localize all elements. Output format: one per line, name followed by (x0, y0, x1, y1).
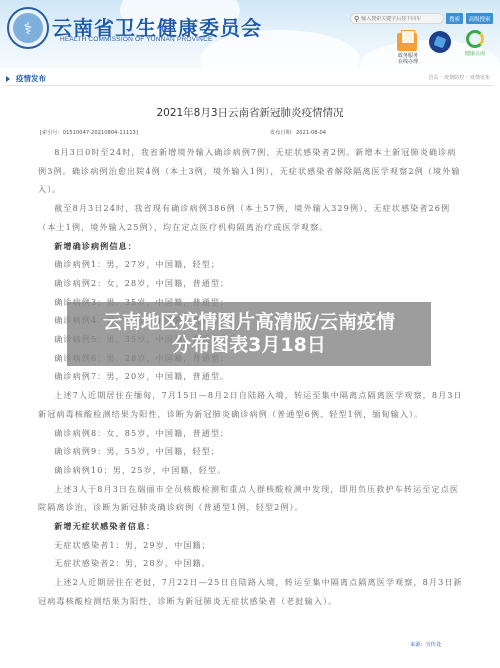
commission-emblem-icon[interactable]: ⚕ (7, 7, 49, 49)
case-item: 确诊病例8：女，85岁，中国籍，普通型； (38, 424, 463, 443)
triangle-right-icon (6, 76, 10, 82)
gov-service-icon[interactable] (397, 33, 417, 51)
section-bar: 疫情发布 首页 - 疫情防控 - 疫情发布 (6, 74, 494, 86)
search-box[interactable]: ⚲ (350, 13, 444, 24)
paragraph: 上述7人近期居住在缅甸，7月15日—8月2日自陆路入境，转运至集中隔离点隔离医学… (38, 386, 463, 423)
healthy-yunnan-label[interactable]: 健康云南 (458, 50, 492, 57)
paragraph: 上述3人于8月3日在瑞丽市全员核酸检测和重点人群核酸检测中发现，即用负压救护车转… (38, 480, 463, 517)
breadcrumb-separator: - (466, 74, 468, 81)
section-title: 疫情发布 (16, 73, 46, 84)
breadcrumb-epidemic-control[interactable]: 疫情防控 (444, 74, 464, 81)
search-icon: ⚲ (354, 15, 359, 23)
paragraph: 8月3日0时至24时，我省新增境外输入确诊病例7例、无症状感染者2例。新增本土新… (38, 143, 463, 199)
paragraph: 截至8月3日24时，我省现有确诊病例386例（本土57例，境外输入329例）、无… (38, 199, 463, 236)
emblem-inner-icon (434, 36, 447, 49)
breadcrumb-home[interactable]: 首页 (428, 74, 438, 81)
article-body: 8月3日0时至24时，我省新增境外输入确诊病例7例、无症状感染者2例。新增本土新… (38, 143, 463, 611)
case-item: 确诊病例1：男，27岁，中国籍，轻型； (38, 255, 463, 274)
healthy-yunnan-icon[interactable] (466, 30, 484, 48)
gov-service-label-2: 在线办理 (393, 59, 423, 65)
breadcrumb-separator: - (440, 74, 442, 81)
case-item: 确诊病例2：女，28岁，中国籍，普通型； (38, 274, 463, 293)
caption-overlay: 云南地区疫情图片高清版/云南疫情 分布图表3月18日 (67, 302, 431, 366)
site-header: ⚕ 云南省卫生健康委员会 HEALTH COMMISSION OF YUNNAN… (0, 0, 500, 68)
search-input[interactable] (361, 16, 441, 22)
caption-line-2: 分布图表3月18日 (172, 334, 326, 357)
article-source: 来源：宣传处 (410, 641, 441, 648)
search-button[interactable]: 搜索 (446, 13, 463, 24)
case-item: 确诊病例9：男，55岁，中国籍，轻型； (38, 442, 463, 461)
emblem-icon[interactable] (429, 31, 451, 53)
breadcrumb: 首页 - 疫情防控 - 疫情发布 (428, 74, 490, 81)
case-item: 无症状感染者2：男，28岁，中国籍。 (38, 554, 463, 573)
article-title: 2021年8月3日云南省新冠肺炎疫情情况 (0, 105, 500, 120)
paragraph: 上述2人近期居住在老挝，7月22日—25日自陆路入境，转运至集中隔离点隔离医学观… (38, 573, 463, 610)
advanced-search-button[interactable]: 高级搜索 (466, 13, 493, 24)
breadcrumb-epidemic-release[interactable]: 疫情发布 (470, 74, 490, 81)
case-item: 确诊病例7：男，20岁，中国籍，普通型。 (38, 367, 463, 386)
case-item: 确诊病例10：男，25岁，中国籍，轻型。 (38, 461, 463, 480)
case-item: 无症状感染者1：男，29岁，中国籍； (38, 536, 463, 555)
caption-line-1: 云南地区疫情图片高清版/云南疫情 (103, 311, 395, 334)
site-subtitle: HEALTH COMMISSION OF YUNNAN PROVINCE (60, 36, 213, 43)
confirmed-heading: 新增确诊病例信息： (38, 237, 463, 256)
publish-date: 发布日期：2021-08-04 (270, 129, 326, 136)
caduceus-icon: ⚕ (13, 13, 43, 43)
index-number: [索引号：01510047-20210804-11113] (40, 129, 138, 136)
gov-service-link[interactable]: 政务服务 在线办理 (393, 53, 423, 65)
asymptomatic-heading: 新增无症状感染者信息： (38, 517, 463, 536)
